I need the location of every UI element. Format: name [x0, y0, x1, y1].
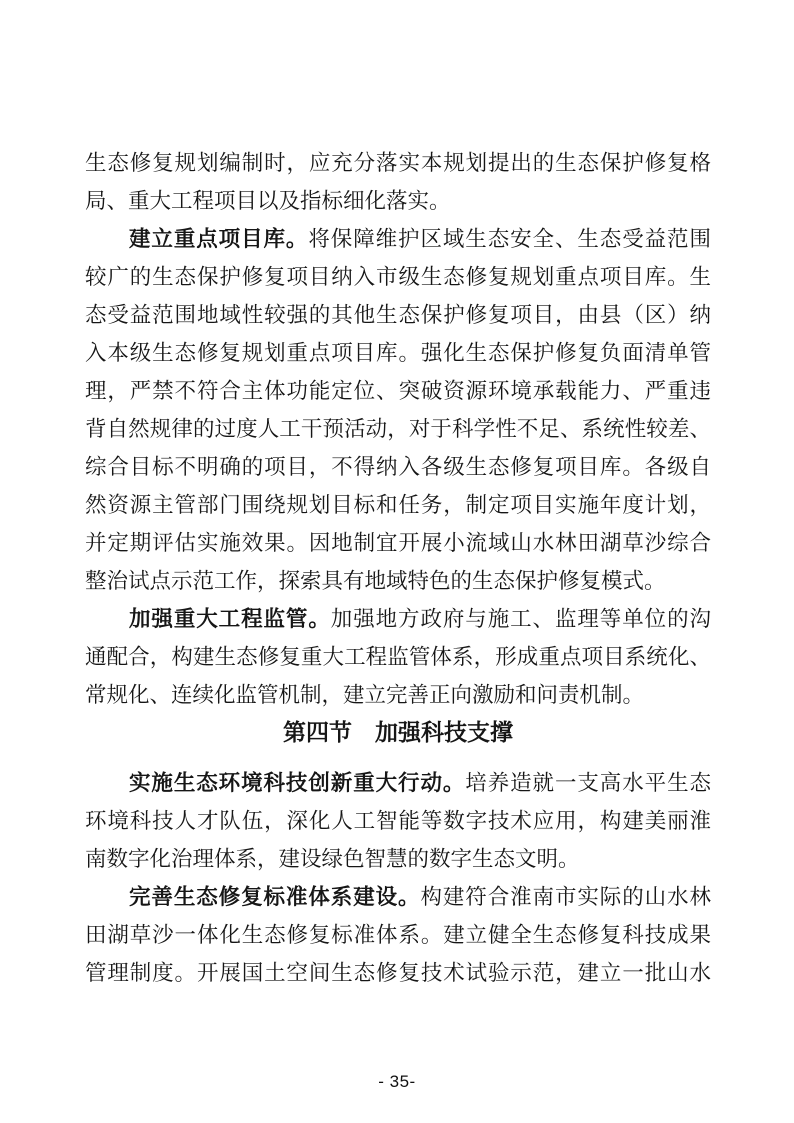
- paragraph: 完善生态修复标准体系建设。构建符合淮南市实际的山水林田湖草沙一体化生态修复标准体…: [85, 878, 711, 992]
- document-page: 生态修复规划编制时，应充分落实本规划提出的生态保护修复格局、重大工程项目以及指标…: [0, 0, 794, 1123]
- page-footer: - 35-: [0, 1072, 794, 1092]
- text-line: 并定期评估实施效果。因地制宜开展小流域山水林田湖草沙综合: [85, 524, 711, 562]
- paragraph: 生态修复规划编制时，应充分落实本规划提出的生态保护修复格局、重大工程项目以及指标…: [85, 144, 711, 220]
- paragraph: 建立重点项目库。将保障维护区域生态安全、生态受益范围较广的生态保护修复项目纳入市…: [85, 220, 711, 600]
- text-line: 理，严禁不符合主体功能定位、突破资源环境承载能力、严重违: [85, 372, 711, 410]
- text-line: 态受益范围地域性较强的其他生态保护修复项目，由县（区）纳: [85, 296, 711, 334]
- text-line: 加强重大工程监管。加强地方政府与施工、监理等单位的沟: [85, 600, 711, 638]
- text-line: 田湖草沙一体化生态修复标准体系。建立健全生态修复科技成果: [85, 916, 711, 954]
- text-line: 实施生态环境科技创新重大行动。培养造就一支高水平生态: [85, 764, 711, 802]
- text-line: 整治试点示范工作，探索具有地域特色的生态保护修复模式。: [85, 562, 711, 600]
- text-line: 然资源主管部门围绕规划目标和任务，制定项目实施年度计划，: [85, 486, 711, 524]
- text-line: 入本级生态修复规划重点项目库。强化生态保护修复负面清单管: [85, 334, 711, 372]
- text-line: 较广的生态保护修复项目纳入市级生态修复规划重点项目库。生: [85, 258, 711, 296]
- page-number: - 35-: [378, 1072, 415, 1091]
- text-line: 常规化、连续化监管机制，建立完善正向激励和问责机制。: [85, 676, 711, 714]
- text-line: 完善生态修复标准体系建设。构建符合淮南市实际的山水林: [85, 878, 711, 916]
- paragraph-lead: 实施生态环境科技创新重大行动。: [129, 771, 465, 795]
- text-line: 管理制度。开展国土空间生态修复技术试验示范，建立一批山水: [85, 954, 711, 992]
- text-line: 通配合，构建生态修复重大工程监管体系，形成重点项目系统化、: [85, 638, 711, 676]
- text-line: 南数字化治理体系，建设绿色智慧的数字生态文明。: [85, 840, 711, 878]
- text-line: 环境科技人才队伍，深化人工智能等数字技术应用，构建美丽淮: [85, 802, 711, 840]
- text-line: 背自然规律的过度人工干预活动，对于科学性不足、系统性较差、: [85, 410, 711, 448]
- paragraph-lead: 建立重点项目库。: [129, 227, 308, 251]
- paragraph: 实施生态环境科技创新重大行动。培养造就一支高水平生态环境科技人才队伍，深化人工智…: [85, 764, 711, 878]
- document-content: 生态修复规划编制时，应充分落实本规划提出的生态保护修复格局、重大工程项目以及指标…: [85, 144, 711, 992]
- text-line: 建立重点项目库。将保障维护区域生态安全、生态受益范围: [85, 220, 711, 258]
- paragraph-lead: 完善生态修复标准体系建设。: [129, 885, 420, 909]
- paragraph-lead: 加强重大工程监管。: [129, 607, 331, 631]
- section-heading: 第四节 加强科技支撑: [85, 714, 711, 752]
- paragraph: 加强重大工程监管。加强地方政府与施工、监理等单位的沟通配合，构建生态修复重大工程…: [85, 600, 711, 714]
- text-line: 局、重大工程项目以及指标细化落实。: [85, 182, 711, 220]
- text-line: 生态修复规划编制时，应充分落实本规划提出的生态保护修复格: [85, 144, 711, 182]
- text-line: 综合目标不明确的项目，不得纳入各级生态修复项目库。各级自: [85, 448, 711, 486]
